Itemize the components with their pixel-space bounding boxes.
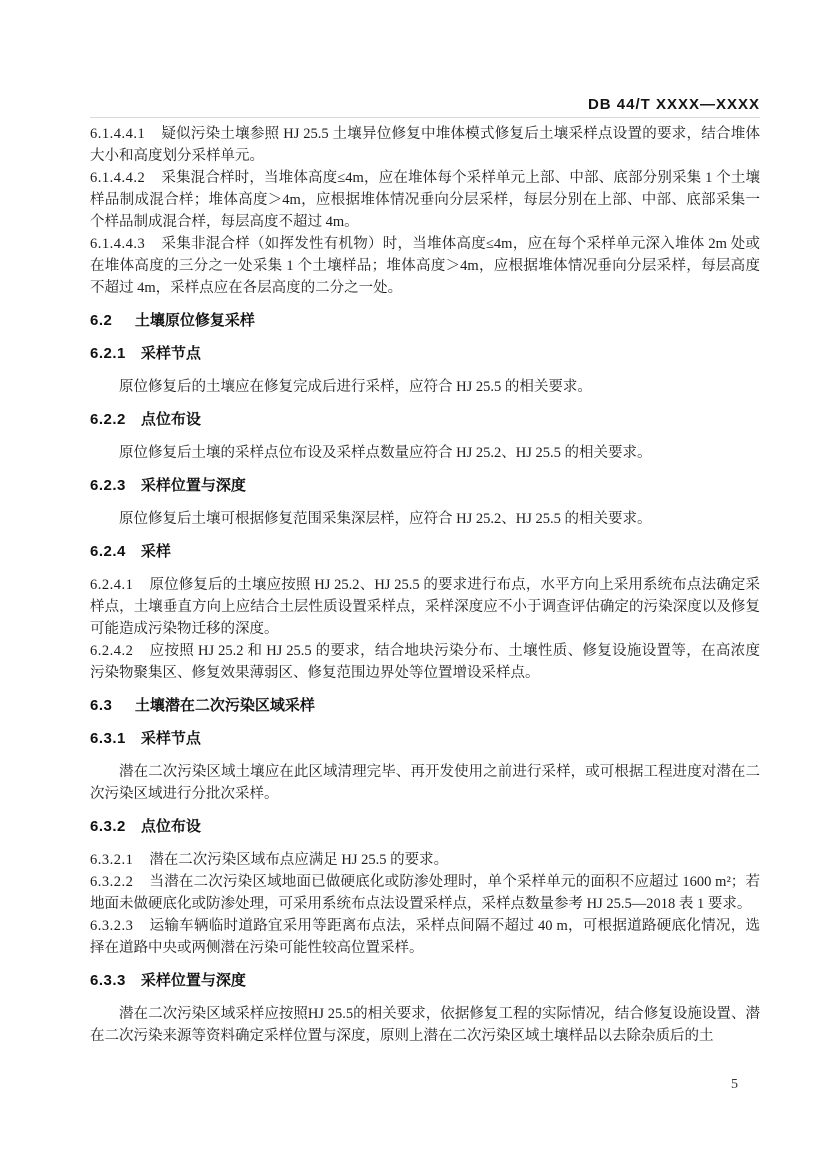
heading-number: 6.2 <box>90 312 112 329</box>
heading-6-2: 6.2土壤原位修复采样 <box>90 310 760 332</box>
clause-6-3-2-2: 6.3.2.2当潜在二次污染区域地面已做硬底化或防渗处理时，单个采样单元的面积不… <box>90 871 760 915</box>
clause-text: 当潜在二次污染区域地面已做硬底化或防渗处理时，单个采样单元的面积不应超过 160… <box>90 874 760 912</box>
clause-number: 6.1.4.4.1 <box>90 126 145 142</box>
heading-title: 采样节点 <box>141 730 201 747</box>
heading-number: 6.2.4 <box>90 543 126 560</box>
header-rule <box>90 117 760 118</box>
page-header: DB 44/T XXXX—XXXX <box>90 96 760 114</box>
paragraph: 潜在二次污染区域土壤应在此区域清理完毕、再开发使用之前进行采样，或可根据工程进度… <box>90 761 760 805</box>
heading-number: 6.2.2 <box>90 411 126 428</box>
clause-6-2-4-1: 6.2.4.1原位修复后的土壤应按照 HJ 25.2、HJ 25.5 的要求进行… <box>90 574 760 640</box>
standard-number: DB 44/T XXXX—XXXX <box>588 96 760 113</box>
heading-title: 点位布设 <box>141 411 201 428</box>
heading-title: 土壤潜在二次污染区域采样 <box>135 697 315 714</box>
paragraph: 原位修复后土壤可根据修复范围采集深层样，应符合 HJ 25.2、HJ 25.5 … <box>90 508 760 530</box>
clause-number: 6.1.4.4.2 <box>90 170 145 186</box>
heading-number: 6.3 <box>90 697 112 714</box>
clause-text: 采集非混合样（如挥发性有机物）时，当堆体高度≤4m，应在每个采样单元深入堆体 2… <box>90 236 760 296</box>
heading-6-2-4: 6.2.4采样 <box>90 541 760 563</box>
clause-text: 疑似污染土壤参照 HJ 25.5 土壤异位修复中堆体模式修复后土壤采样点设置的要… <box>90 126 760 164</box>
clause-number: 6.3.2.3 <box>90 918 133 934</box>
heading-6-2-1: 6.2.1采样节点 <box>90 343 760 365</box>
heading-number: 6.3.3 <box>90 972 126 989</box>
clause-text: 运输车辆临时道路宜采用等距离布点法，采样点间隔不超过 40 m，可根据道路硬底化… <box>90 918 760 956</box>
clause-text: 应按照 HJ 25.2 和 HJ 25.5 的要求，结合地块污染分布、土壤性质、… <box>90 643 760 681</box>
clause-6-1-4-4-2: 6.1.4.4.2采集混合样时，当堆体高度≤4m，应在堆体每个采样单元上部、中部… <box>90 167 760 233</box>
heading-6-3: 6.3土壤潜在二次污染区域采样 <box>90 695 760 717</box>
page-number: 5 <box>731 1077 738 1093</box>
clause-number: 6.3.2.2 <box>90 874 133 890</box>
clause-6-2-4-2: 6.2.4.2应按照 HJ 25.2 和 HJ 25.5 的要求，结合地块污染分… <box>90 640 760 684</box>
heading-6-2-2: 6.2.2点位布设 <box>90 409 760 431</box>
clause-text: 原位修复后的土壤应按照 HJ 25.2、HJ 25.5 的要求进行布点，水平方向… <box>90 577 760 637</box>
clause-6-1-4-4-1: 6.1.4.4.1疑似污染土壤参照 HJ 25.5 土壤异位修复中堆体模式修复后… <box>90 123 760 167</box>
paragraph: 原位修复后土壤的采样点位布设及采样点数量应符合 HJ 25.2、HJ 25.5 … <box>90 442 760 464</box>
clause-number: 6.3.2.1 <box>90 852 133 868</box>
heading-6-3-3: 6.3.3采样位置与深度 <box>90 970 760 992</box>
clause-6-1-4-4-3: 6.1.4.4.3采集非混合样（如挥发性有机物）时，当堆体高度≤4m，应在每个采… <box>90 233 760 299</box>
clause-text: 潜在二次污染区域布点应满足 HJ 25.5 的要求。 <box>149 852 448 868</box>
heading-6-3-2: 6.3.2点位布设 <box>90 816 760 838</box>
heading-number: 6.3.2 <box>90 818 126 835</box>
paragraph: 潜在二次污染区域采样应按照HJ 25.5的相关要求，依据修复工程的实际情况，结合… <box>90 1003 760 1047</box>
heading-6-2-3: 6.2.3采样位置与深度 <box>90 475 760 497</box>
heading-6-3-1: 6.3.1采样节点 <box>90 728 760 750</box>
heading-title: 采样位置与深度 <box>141 477 246 494</box>
heading-title: 采样位置与深度 <box>141 972 246 989</box>
heading-title: 采样节点 <box>141 345 201 362</box>
heading-number: 6.2.1 <box>90 345 126 362</box>
clause-number: 6.2.4.2 <box>90 643 133 659</box>
clause-6-3-2-1: 6.3.2.1潜在二次污染区域布点应满足 HJ 25.5 的要求。 <box>90 849 760 871</box>
heading-number: 6.3.1 <box>90 730 126 747</box>
clause-number: 6.2.4.1 <box>90 577 133 593</box>
clause-6-3-2-3: 6.3.2.3运输车辆临时道路宜采用等距离布点法，采样点间隔不超过 40 m，可… <box>90 915 760 959</box>
heading-title: 土壤原位修复采样 <box>135 312 255 329</box>
paragraph: 原位修复后的土壤应在修复完成后进行采样，应符合 HJ 25.5 的相关要求。 <box>90 376 760 398</box>
clause-number: 6.1.4.4.3 <box>90 236 145 252</box>
heading-title: 采样 <box>141 543 171 560</box>
heading-number: 6.2.3 <box>90 477 126 494</box>
heading-title: 点位布设 <box>141 818 201 835</box>
document-body: 6.1.4.4.1疑似污染土壤参照 HJ 25.5 土壤异位修复中堆体模式修复后… <box>90 123 760 1047</box>
clause-text: 采集混合样时，当堆体高度≤4m，应在堆体每个采样单元上部、中部、底部分别采集 1… <box>90 170 760 230</box>
document-page: DB 44/T XXXX—XXXX 6.1.4.4.1疑似污染土壤参照 HJ 2… <box>0 0 826 1169</box>
